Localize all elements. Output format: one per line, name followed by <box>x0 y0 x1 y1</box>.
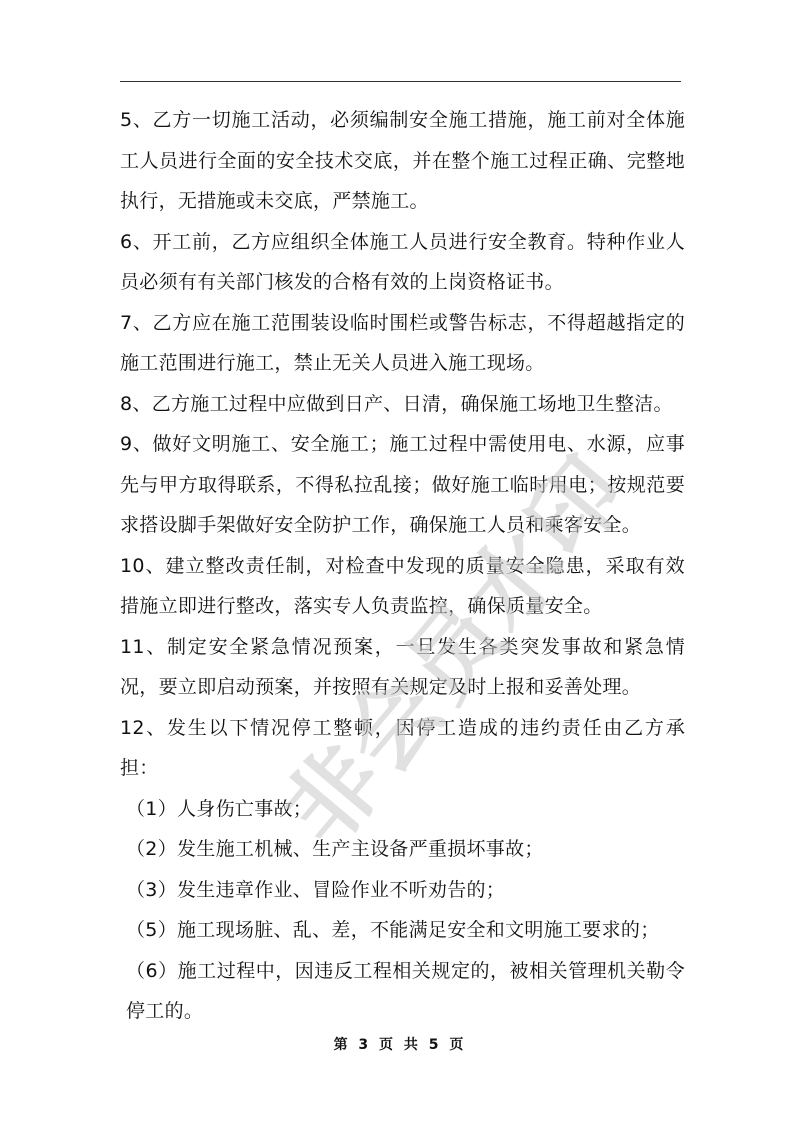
clause-11: 11、制定安全紧急情况预案，一旦发生各类突发事故和紧急情况，要立即启动预案，并按… <box>120 627 685 708</box>
sub-item-6: （6）施工过程中，因违反工程相关规定的，被相关管理机关勒令停工的。 <box>120 951 685 1032</box>
sub-item-3: （3）发生违章作业、冒险作业不听劝告的； <box>120 870 685 911</box>
document-page: 5、乙方一切施工活动，必须编制安全施工措施，施工前对全体施工人员进行全面的安全技… <box>0 0 800 1131</box>
sub-item-2: （2）发生施工机械、生产主设备严重损坏事故； <box>120 829 685 870</box>
header-rule <box>120 81 681 82</box>
document-body: 5、乙方一切施工活动，必须编制安全施工措施，施工前对全体施工人员进行全面的安全技… <box>120 100 685 1032</box>
clause-12: 12、发生以下情况停工整顿，因停工造成的违约责任由乙方承担： <box>120 708 685 789</box>
clause-8: 8、乙方施工过程中应做到日产、日清，确保施工场地卫生整洁。 <box>120 384 685 425</box>
clause-5: 5、乙方一切施工活动，必须编制安全施工措施，施工前对全体施工人员进行全面的安全技… <box>120 100 685 222</box>
sub-item-5: （5）施工现场脏、乱、差，不能满足安全和文明施工要求的； <box>120 910 685 951</box>
sub-item-1: （1）人身伤亡事故； <box>120 789 685 830</box>
page-number-footer: 第 3 页 共 5 页 <box>0 1034 800 1054</box>
clause-9: 9、做好文明施工、安全施工；施工过程中需使用电、水源，应事先与甲方取得联系，不得… <box>120 424 685 546</box>
clause-6: 6、开工前，乙方应组织全体施工人员进行安全教育。特种作业人员必须有有关部门核发的… <box>120 222 685 303</box>
clause-10: 10、建立整改责任制，对检查中发现的质量安全隐患，采取有效措施立即进行整改，落实… <box>120 546 685 627</box>
clause-7: 7、乙方应在施工范围装设临时围栏或警告标志，不得超越指定的施工范围进行施工，禁止… <box>120 303 685 384</box>
